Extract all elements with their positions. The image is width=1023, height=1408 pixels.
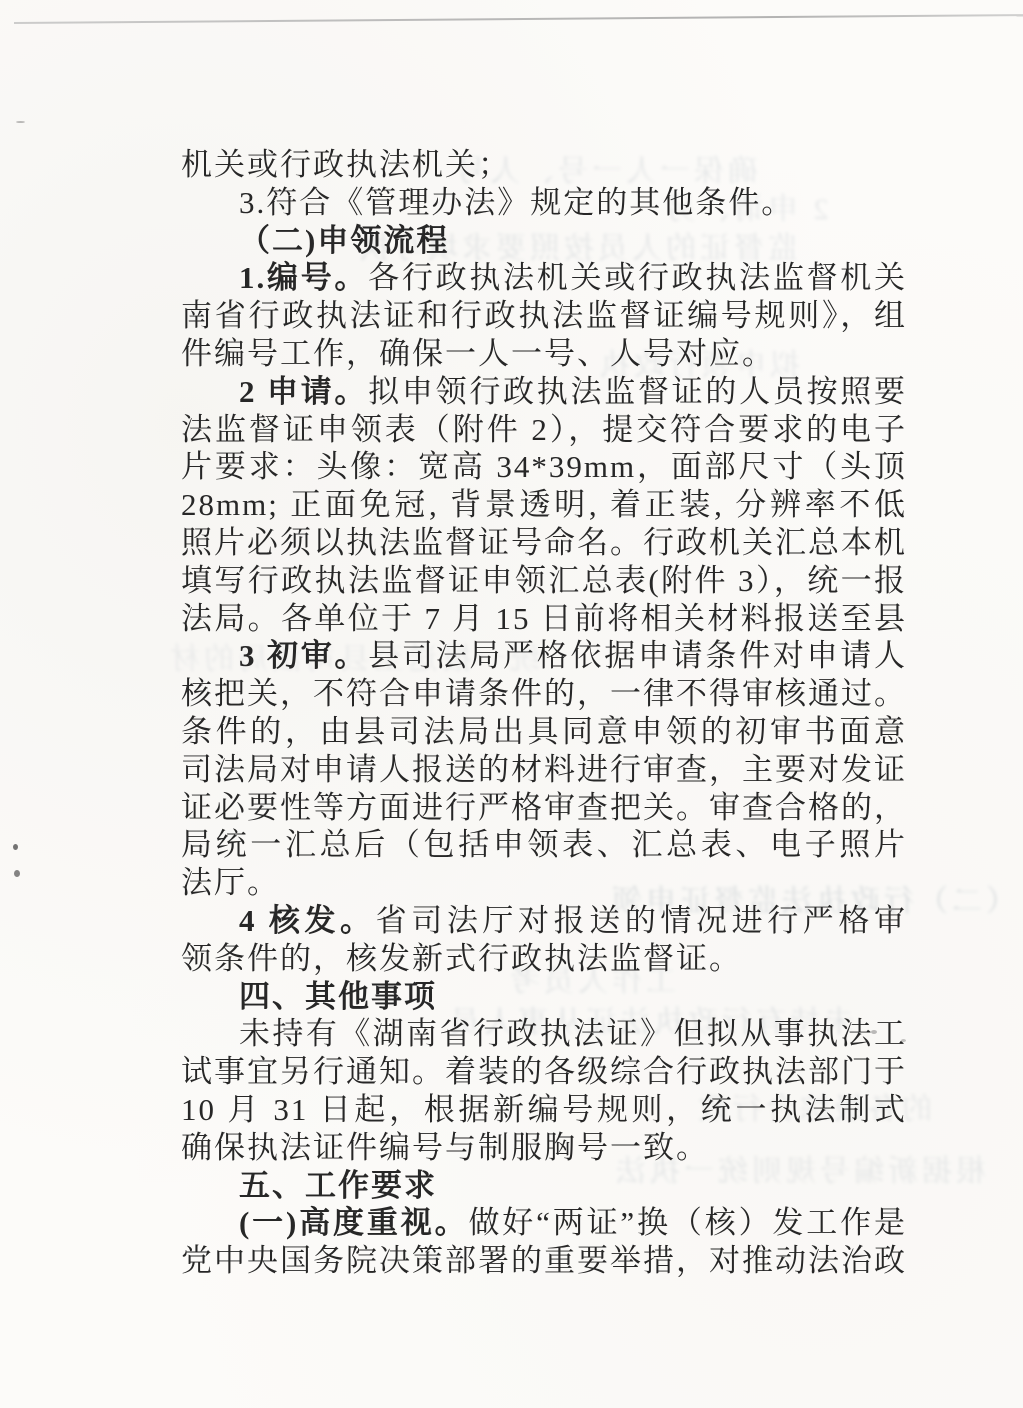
doc-heading: 五、工作要求: [181, 1167, 907, 1205]
text-run: 确保执法证件编号与制服胸号一致。: [181, 1130, 709, 1165]
doc-line: 试事宜另行通知。着装的各级综合行政执法部门于 2022 年: [181, 1053, 907, 1091]
text-run: 件编号工作，确保一人一号、人号对应。: [181, 336, 775, 371]
doc-line: 法局。各单位于 7 月 15 日前将相关材料报送至县司法局。: [181, 600, 907, 638]
text-run: 局统一汇总后（包括申领表、汇总表、电子照片等)报送省司: [181, 827, 907, 864]
text-run: 法厅。: [181, 865, 280, 900]
text-run: 南省行政执法证和行政执法监督证编号规则》，组织做好证: [181, 298, 907, 335]
doc-heading: 四、其他事项: [181, 978, 907, 1016]
text-run: 28mm; 正面免冠, 背景透明, 着正装, 分辨率不低于 30ODPI，: [181, 487, 907, 524]
doc-line: 局统一汇总后（包括申领表、汇总表、电子照片等)报送省司: [181, 826, 907, 864]
text-run: 领条件的，核发新式行政执法监督证。: [181, 941, 742, 976]
doc-line: 3.符合《管理办法》规定的其他条件。: [181, 184, 907, 222]
doc-line: 片要求：头像：宽高 34*39mm，面部尺寸（头顶至下巴)约: [181, 448, 907, 486]
doc-line: 照片必须以执法监督证号命名。行政机关汇总本机关情况后: [181, 524, 907, 562]
scan-edge-line: [14, 14, 1023, 24]
doc-line: 领条件的，核发新式行政执法监督证。: [181, 940, 907, 978]
text-run: 党中央国务院决策部署的重要举措，对推动法治政府建设、: [181, 1243, 907, 1280]
doc-line: 条件的，由县司法局出具同意申领的初审书面意见，再由市: [181, 713, 907, 751]
text-run: 照片必须以执法监督证号命名。行政机关汇总本机关情况后: [181, 525, 907, 562]
doc-line: 28mm; 正面免冠, 背景透明, 着正装, 分辨率不低于 30ODPI，: [181, 486, 907, 524]
bold-run: （二)申领流程: [239, 223, 449, 258]
scan-speck: [13, 844, 18, 850]
text-run: 核把关，不符合申请条件的，一律不得审核通过。符合申请: [181, 676, 907, 713]
text-run: 未持有《湖南省行政执法证》但拟从事执法工作人员考: [239, 1016, 907, 1053]
scan-speck: [14, 870, 20, 877]
text-run: 3.符合《管理办法》规定的其他条件。: [239, 185, 794, 220]
bold-run: 2 申请。: [239, 374, 368, 409]
bold-run: 3 初审。: [239, 638, 368, 673]
bold-run: 4 核发。: [239, 903, 376, 938]
bold-run: (一)高度重视。: [239, 1205, 468, 1240]
scanned-document-page: 确保一人一号、人号 2 申请、另 监督证的人员按照要求填写执 拟申领行政执 统一…: [0, 0, 1023, 1408]
scan-speck: [16, 121, 25, 123]
text-run: 司法局对申请人报送的材料进行审查，主要对发证范围、发: [181, 752, 907, 789]
text-run: 试事宜另行通知。着装的各级综合行政执法部门于 2022 年: [181, 1054, 907, 1091]
text-run: 填写行政执法监督证申领汇总表(附件 3），统一报送至县司: [181, 563, 907, 600]
text-run: 法局。各单位于 7 月 15 日前将相关材料报送至县司法局。: [181, 601, 907, 638]
bold-run: 五、工作要求: [239, 1168, 437, 1203]
doc-line: 司法局对申请人报送的材料进行审查，主要对发证范围、发: [181, 751, 907, 789]
doc-line: (一)高度重视。做好“两证”换（核）发工作是贯彻落实: [181, 1204, 907, 1242]
text-run: 法监督证申领表（附件 2），提交符合要求的电子照片，照: [181, 412, 907, 449]
text-run: 10 月 31 日起，根据新编号规则，统一执法制式服装胸号，: [181, 1092, 907, 1129]
doc-line: 2 申请。拟申领行政执法监督证的人员按照要求填写执: [181, 373, 907, 411]
doc-line: 1.编号。各行政执法机关或行政执法监督机关对照《湖: [181, 259, 907, 297]
doc-heading: （二)申领流程: [181, 222, 907, 260]
doc-line: 证必要性等方面进行严格审查把关。审查合格的，由市司法: [181, 789, 907, 827]
doc-line: 南省行政执法证和行政执法监督证编号规则》，组织做好证: [181, 297, 907, 335]
doc-line: 确保执法证件编号与制服胸号一致。: [181, 1129, 907, 1167]
text-run: 条件的，由县司法局出具同意申领的初审书面意见，再由市: [181, 714, 907, 751]
doc-line: 3 初审。县司法局严格依据申请条件对申请人员进行审: [181, 637, 907, 675]
doc-line: 法监督证申领表（附件 2），提交符合要求的电子照片，照: [181, 411, 907, 449]
doc-line: 法厅。: [181, 864, 907, 902]
doc-line: 4 核发。省司法厅对报送的情况进行严格审核，符合申: [181, 902, 907, 940]
bold-run: 四、其他事项: [239, 979, 437, 1014]
text-run: 片要求：头像：宽高 34*39mm，面部尺寸（头顶至下巴)约: [181, 449, 907, 486]
doc-line: 10 月 31 日起，根据新编号规则，统一执法制式服装胸号，: [181, 1091, 907, 1129]
doc-line: 党中央国务院决策部署的重要举措，对推动法治政府建设、: [181, 1242, 907, 1280]
document-body: 机关或行政执法机关； 3.符合《管理办法》规定的其他条件。 （二)申领流程 1.…: [181, 146, 907, 1280]
text-run: 机关或行政执法机关；: [181, 147, 511, 182]
doc-line: 核把关，不符合申请条件的，一律不得审核通过。符合申请: [181, 675, 907, 713]
doc-line: 未持有《湖南省行政执法证》但拟从事执法工作人员考: [181, 1015, 907, 1053]
doc-line: 机关或行政执法机关；: [181, 146, 907, 184]
doc-line: 件编号工作，确保一人一号、人号对应。: [181, 335, 907, 373]
doc-line: 填写行政执法监督证申领汇总表(附件 3），统一报送至县司: [181, 562, 907, 600]
bold-run: 1.编号。: [239, 260, 368, 295]
text-run: 证必要性等方面进行严格审查把关。审查合格的，由市司法: [181, 790, 907, 827]
